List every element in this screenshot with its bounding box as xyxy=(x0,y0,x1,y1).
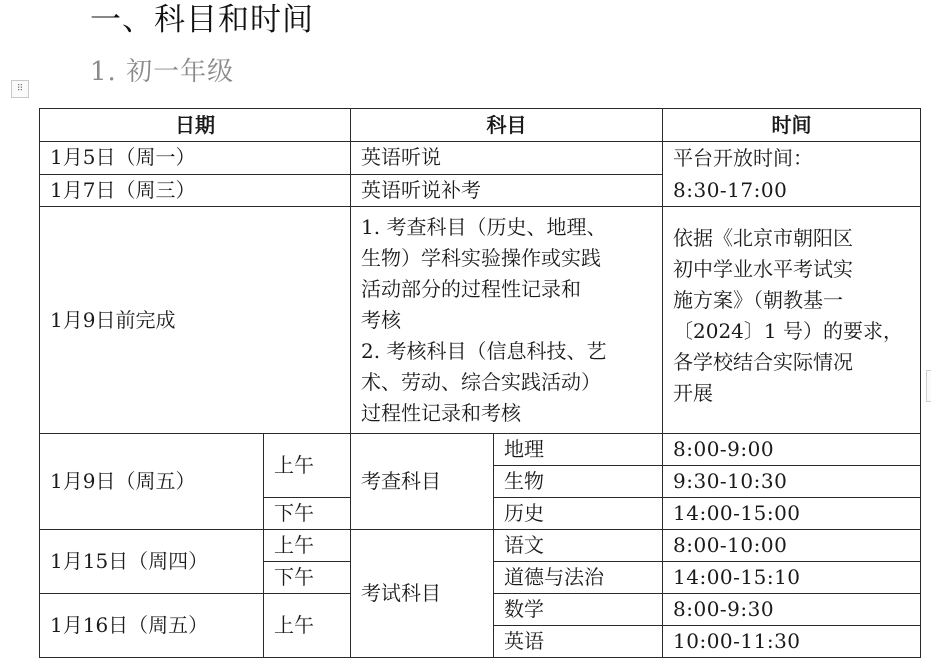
date-cell: 1月7日（周三） xyxy=(40,174,351,207)
exam-subject: 数学 xyxy=(494,594,663,626)
text-line: 过程性记录和考核 xyxy=(361,398,662,429)
platform-time-cell: 平台开放时间： 8:30-17:00 xyxy=(663,142,921,207)
text-line: 2. 考核科目（信息科技、艺 xyxy=(361,336,662,367)
session-cell-am: 上午 xyxy=(264,530,351,562)
date-cell: 1月9日前完成 xyxy=(40,207,351,434)
exam-time: 8:00-9:00 xyxy=(663,434,921,466)
subject-cell: 英语听说补考 xyxy=(351,174,663,207)
session-cell-pm: 下午 xyxy=(264,562,351,594)
section-heading: 一、科目和时间 xyxy=(90,0,314,40)
exam-subject: 英语 xyxy=(494,626,663,658)
exam-subject: 生物 xyxy=(494,466,663,498)
exam-time: 14:00-15:00 xyxy=(663,498,921,530)
exam-subject: 地理 xyxy=(494,434,663,466)
text-line: 各学校结合实际情况 xyxy=(673,347,920,378)
exam-time: 14:00-15:10 xyxy=(663,562,921,594)
session-cell-am: 上午 xyxy=(264,434,351,498)
header-date: 日期 xyxy=(40,109,351,142)
category-cell: 考查科目 xyxy=(351,434,494,530)
text-line: 开展 xyxy=(673,378,920,409)
exam-time: 8:00-9:30 xyxy=(663,594,921,626)
text-line: 施方案》（朝教基一 xyxy=(673,285,920,316)
table-row-process: 1月9日前完成 1. 考查科目（历史、地理、 生物）学科实验操作或实践 活动部分… xyxy=(40,207,921,434)
exam-schedule-table: 日期 科目 时间 1月5日（周一） 英语听说 平台开放时间： 8:30-17:0… xyxy=(39,108,921,658)
table-move-handle-icon[interactable]: ⠿ xyxy=(11,80,29,98)
exam-time: 10:00-11:30 xyxy=(663,626,921,658)
text-line: 术、劳动、综合实践活动） xyxy=(361,367,662,398)
date-cell: 1月15日（周四） xyxy=(40,530,264,594)
header-time: 时间 xyxy=(663,109,921,142)
platform-time-range: 8:30-17:00 xyxy=(673,174,920,206)
date-cell: 1月16日（周五） xyxy=(40,594,264,658)
text-line: 〔2024〕1 号）的要求， xyxy=(673,316,920,347)
table-row: 1月15日（周四） 上午 考试科目 语文 8:00-10:00 xyxy=(40,530,921,562)
exam-time: 9:30-10:30 xyxy=(663,466,921,498)
text-line: 初中学业水平考试实 xyxy=(673,254,920,285)
category-cell: 考试科目 xyxy=(351,530,494,658)
exam-subject: 历史 xyxy=(494,498,663,530)
date-cell: 1月5日（周一） xyxy=(40,142,351,175)
process-time-cell: 依据《北京市朝阳区 初中学业水平考试实 施方案》（朝教基一 〔2024〕1 号）… xyxy=(663,207,921,434)
exam-subject: 道德与法治 xyxy=(494,562,663,594)
exam-subject: 语文 xyxy=(494,530,663,562)
platform-time-label: 平台开放时间： xyxy=(673,142,920,174)
text-line: 依据《北京市朝阳区 xyxy=(673,223,920,254)
text-line: 活动部分的过程性记录和 xyxy=(361,274,662,305)
table-header-row: 日期 科目 时间 xyxy=(40,109,921,142)
header-subject: 科目 xyxy=(351,109,663,142)
process-subject-cell: 1. 考查科目（历史、地理、 生物）学科实验操作或实践 活动部分的过程性记录和 … xyxy=(351,207,663,434)
table-row: 1月5日（周一） 英语听说 平台开放时间： 8:30-17:00 xyxy=(40,142,921,175)
session-cell-pm: 下午 xyxy=(264,498,351,530)
session-cell-am: 上午 xyxy=(264,594,351,658)
text-line: 考核 xyxy=(361,305,662,336)
grade-subheading: 1. 初一年级 xyxy=(90,54,234,90)
text-line: 生物）学科实验操作或实践 xyxy=(361,243,662,274)
text-line: 1. 考查科目（历史、地理、 xyxy=(361,212,662,243)
exam-time: 8:00-10:00 xyxy=(663,530,921,562)
subject-cell: 英语听说 xyxy=(351,142,663,175)
date-cell: 1月9日（周五） xyxy=(40,434,264,530)
table-row: 1月9日（周五） 上午 考查科目 地理 8:00-9:00 xyxy=(40,434,921,466)
table-resize-handle[interactable] xyxy=(926,370,931,402)
